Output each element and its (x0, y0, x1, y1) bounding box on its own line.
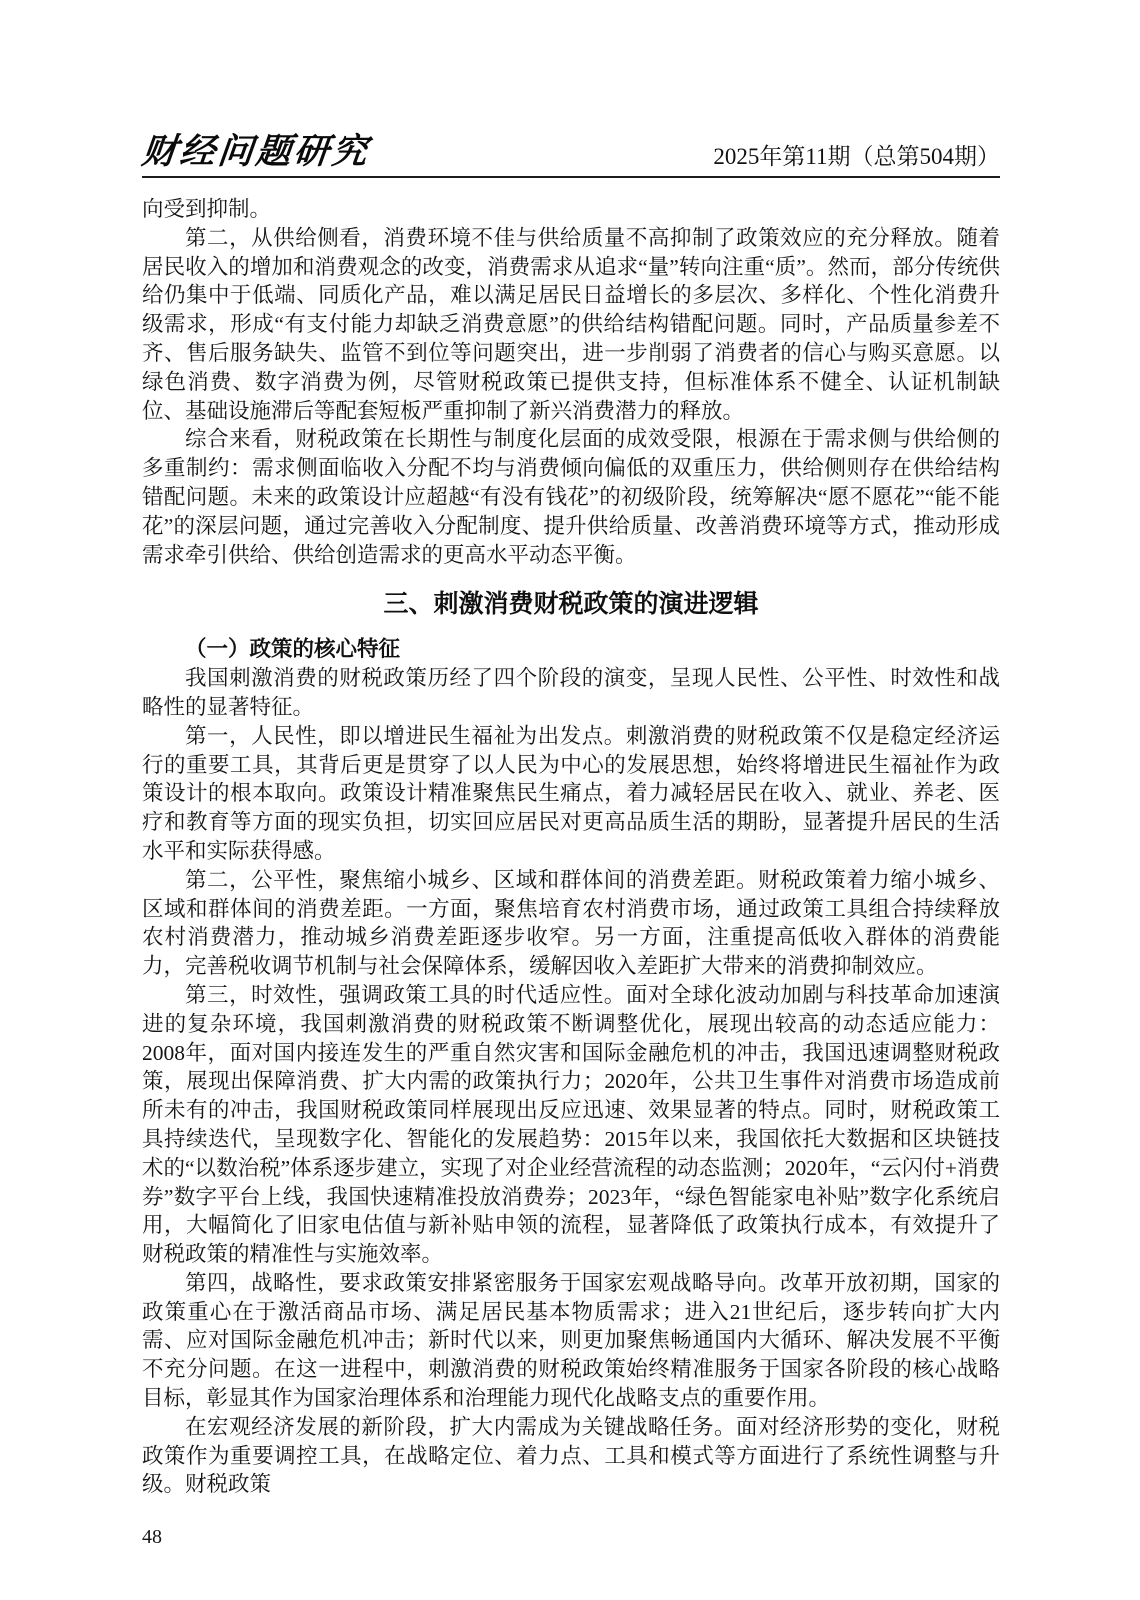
paragraph-people-oriented: 第一，人民性，即以增进民生福祉为出发点。刺激消费的财税政策不仅是稳定经济运行的重… (142, 722, 1000, 866)
page-number: 48 (142, 1523, 1000, 1552)
paragraph-summary: 综合来看，财税政策在长期性与制度化层面的成效受限，根源在于需求侧与供给侧的多重制… (142, 425, 1000, 569)
issue-info: 2025年第11期（总第504期） (713, 144, 1000, 169)
paragraph-fairness: 第二，公平性，聚焦缩小城乡、区域和群体间的消费差距。财税政策着力缩小城乡、区域和… (142, 866, 1000, 981)
journal-page: 财经问题研究 2025年第11期（总第504期） 向受到抑制。 第二，从供给侧看… (0, 0, 1140, 1600)
paragraph-strategic: 第四，战略性，要求政策安排紧密服务于国家宏观战略导向。改革开放初期，国家的政策重… (142, 1269, 1000, 1413)
section-heading: 三、刺激消费财税政策的演进逻辑 (142, 587, 1000, 621)
paragraph-timeliness: 第三，时效性，强调政策工具的时代适应性。面对全球化波动加剧与科技革命加速演进的复… (142, 981, 1000, 1269)
paragraph-macro-stage: 在宏观经济发展的新阶段，扩大内需成为关键战略任务。面对经济形势的变化，财税政策作… (142, 1413, 1000, 1499)
page-header: 财经问题研究 2025年第11期（总第504期） (142, 134, 1000, 178)
paragraph-four-stages: 我国刺激消费的财税政策历经了四个阶段的演变，呈现人民性、公平性、时效性和战略性的… (142, 664, 1000, 722)
page-content: 财经问题研究 2025年第11期（总第504期） 向受到抑制。 第二，从供给侧看… (142, 134, 1000, 1552)
subsection-heading: （一）政策的核心特征 (142, 635, 1000, 664)
paragraph-continuation: 向受到抑制。 (142, 195, 1000, 224)
journal-logo: 财经问题研究 (140, 134, 372, 169)
paragraph-supply-side: 第二，从供给侧看，消费环境不佳与供给质量不高抑制了政策效应的充分释放。随着居民收… (142, 224, 1000, 426)
article-body: 向受到抑制。 第二，从供给侧看，消费环境不佳与供给质量不高抑制了政策效应的充分释… (142, 195, 1000, 1552)
